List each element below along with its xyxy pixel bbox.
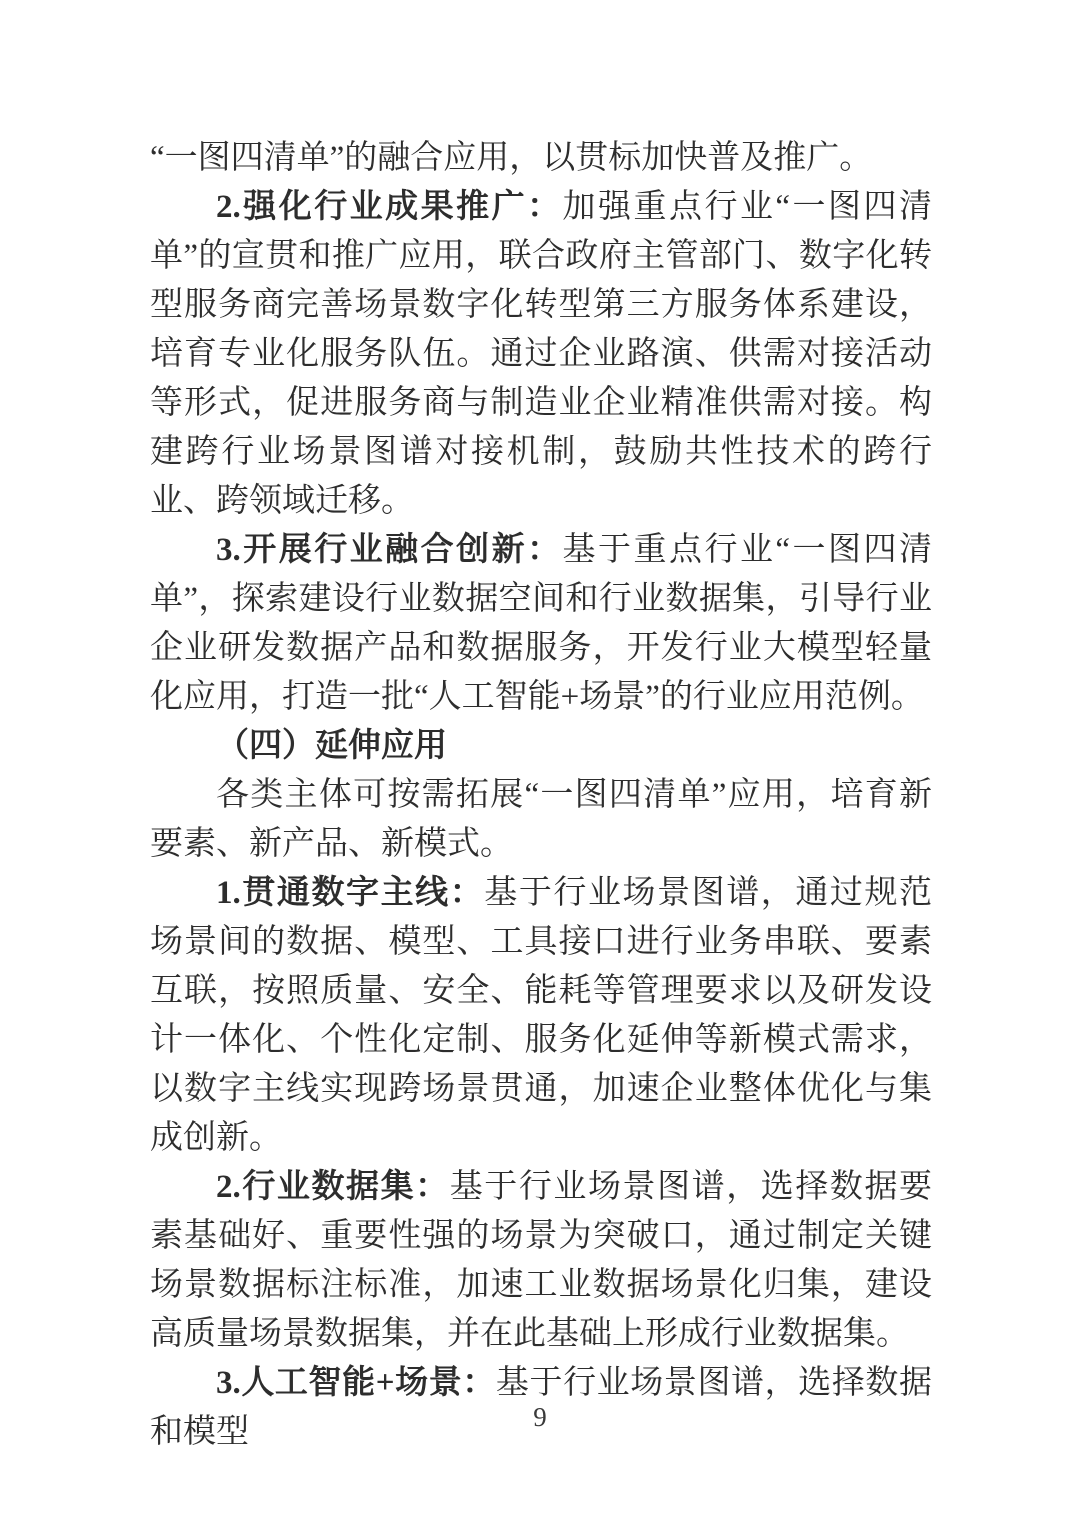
text-run-emphasis: 2.行业数据集： bbox=[216, 1169, 450, 1205]
paragraph: 1.贯通数字主线：基于行业场景图谱，通过规范场景间的数据、模型、工具接口进行业务… bbox=[150, 869, 932, 1163]
text-run: “一图四清单”的融合应用，以贯标加快普及推广。 bbox=[150, 140, 872, 176]
text-run-emphasis: 3.人工智能+场景： bbox=[216, 1365, 496, 1401]
paragraph: “一图四清单”的融合应用，以贯标加快普及推广。 bbox=[150, 134, 932, 183]
document-content: “一图四清单”的融合应用，以贯标加快普及推广。2.强化行业成果推广：加强重点行业… bbox=[150, 134, 932, 1457]
text-run: 各类主体可按需拓展“一图四清单”应用，培育新要素、新产品、新模式。 bbox=[150, 777, 932, 862]
text-run-emphasis: 2.强化行业成果推广： bbox=[216, 189, 563, 225]
section-heading: （四）延伸应用 bbox=[150, 722, 932, 771]
paragraph: 各类主体可按需拓展“一图四清单”应用，培育新要素、新产品、新模式。 bbox=[150, 771, 932, 869]
document-page: “一图四清单”的融合应用，以贯标加快普及推广。2.强化行业成果推广：加强重点行业… bbox=[0, 0, 1080, 1527]
text-run: 加强重点行业“一图四清单”的宣贯和推广应用，联合政府主管部门、数字化转型服务商完… bbox=[150, 189, 932, 519]
paragraph: 2.行业数据集：基于行业场景图谱，选择数据要素基础好、重要性强的场景为突破口，通… bbox=[150, 1163, 932, 1359]
page-footer: 9 bbox=[0, 1402, 1080, 1433]
text-run: 基于行业场景图谱，通过规范场景间的数据、模型、工具接口进行业务串联、要素互联，按… bbox=[150, 875, 932, 1156]
text-run-emphasis: 1.贯通数字主线： bbox=[216, 875, 484, 911]
page-number: 9 bbox=[533, 1402, 547, 1432]
text-run-emphasis: （四）延伸应用 bbox=[216, 728, 447, 764]
paragraph: 2.强化行业成果推广：加强重点行业“一图四清单”的宣贯和推广应用，联合政府主管部… bbox=[150, 183, 932, 526]
text-run-emphasis: 3.开展行业融合创新： bbox=[216, 532, 563, 568]
paragraph: 3.开展行业融合创新：基于重点行业“一图四清单”，探索建设行业数据空间和行业数据… bbox=[150, 526, 932, 722]
